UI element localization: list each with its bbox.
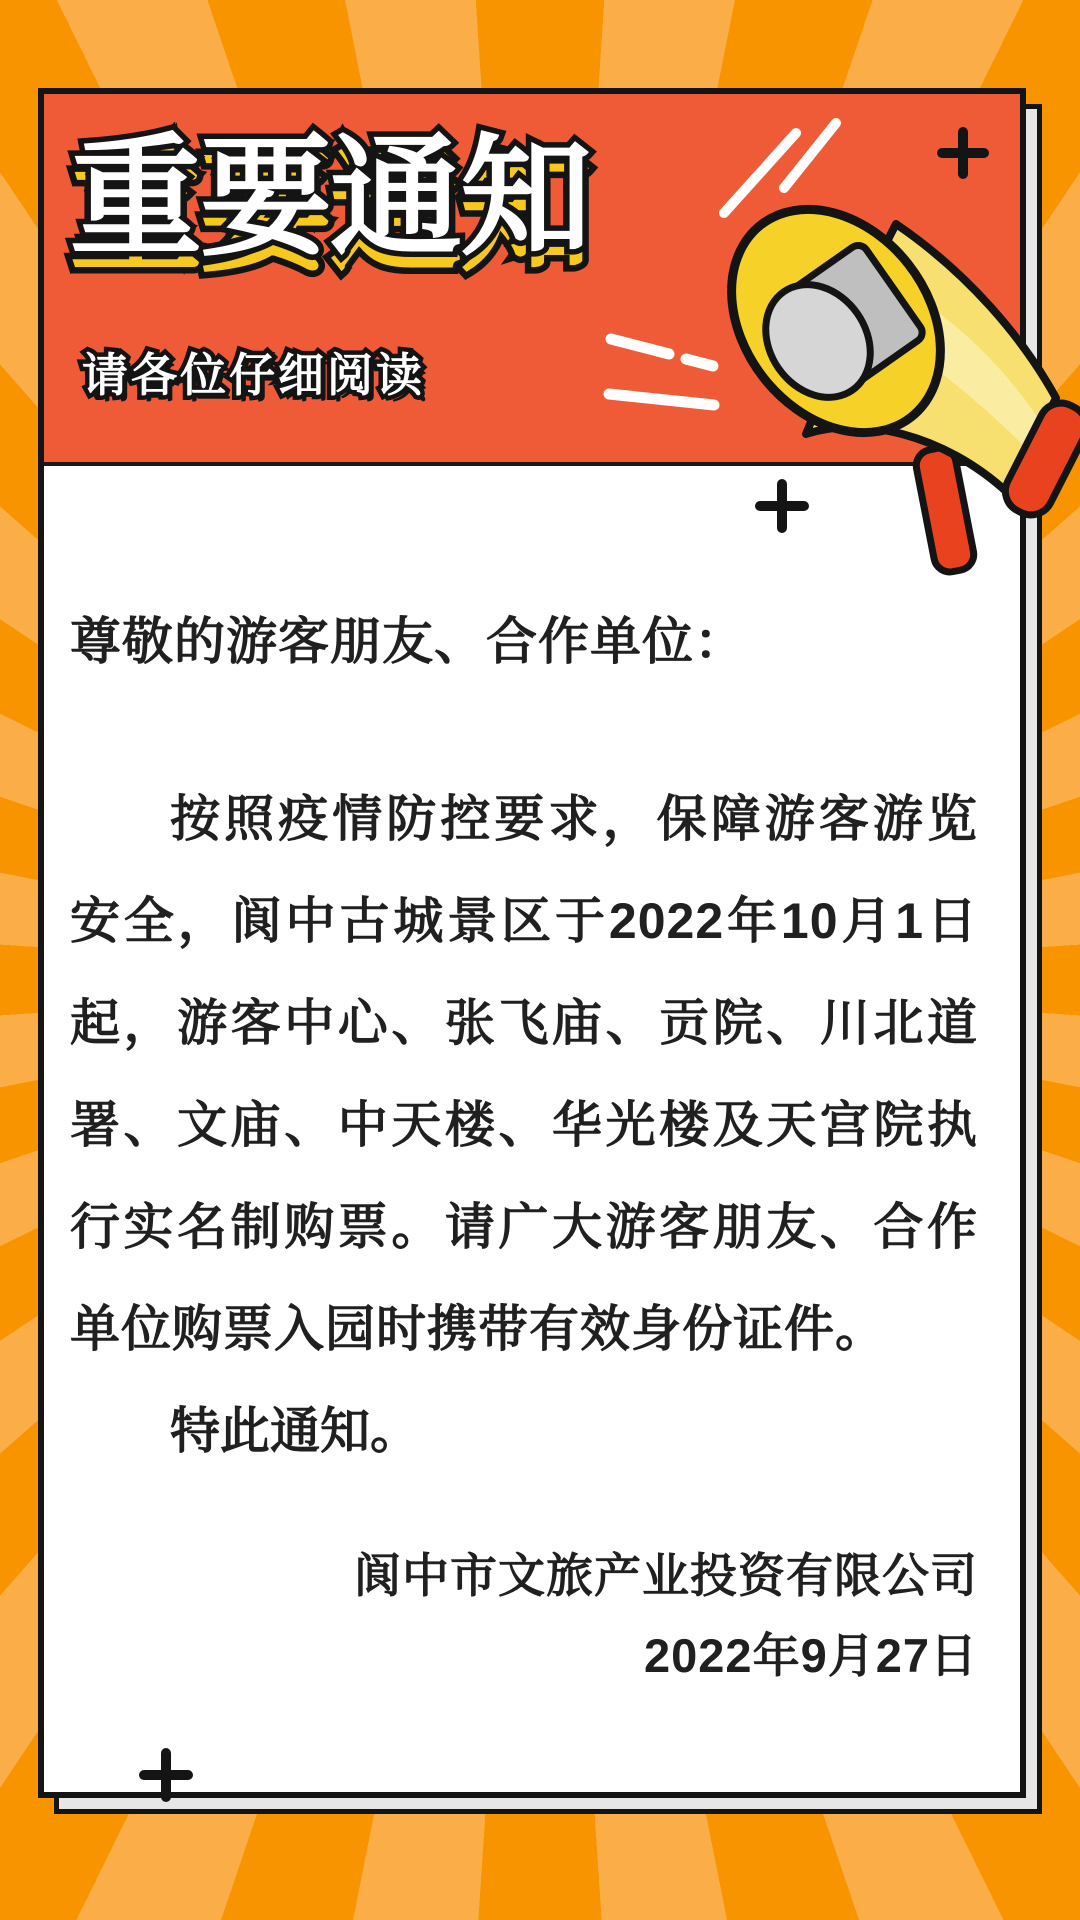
page-title-text: 重要通知 (70, 132, 590, 264)
signature-text: 阆中市文旅产业投资有限公司 (70, 1536, 978, 1616)
notice-paragraph: 按照疫情防控要求，保障游客游览安全，阆中古城景区于2022年10月1日起，游客中… (70, 768, 978, 1380)
poster-background: 重要通知 重要通知 重要通知 重要通知 请各位仔细阅读 请各位仔细阅读 尊敬的游… (0, 0, 1080, 1920)
card-header: 重要通知 重要通知 重要通知 重要通知 请各位仔细阅读 请各位仔细阅读 (44, 94, 1020, 466)
sign-block: 阆中市文旅产业投资有限公司 2022年9月27日 (70, 1536, 978, 1696)
notice-body: 尊敬的游客朋友、合作单位： 按照疫情防控要求，保障游客游览安全，阆中古城景区于2… (44, 600, 1020, 1696)
closing-text: 特此通知。 (70, 1380, 978, 1482)
page-subtitle-text: 请各位仔细阅读 (82, 352, 425, 398)
date-text: 2022年9月27日 (70, 1616, 978, 1696)
greeting-text: 尊敬的游客朋友、合作单位： (70, 600, 978, 674)
notice-card: 重要通知 重要通知 重要通知 重要通知 请各位仔细阅读 请各位仔细阅读 尊敬的游… (38, 88, 1026, 1798)
